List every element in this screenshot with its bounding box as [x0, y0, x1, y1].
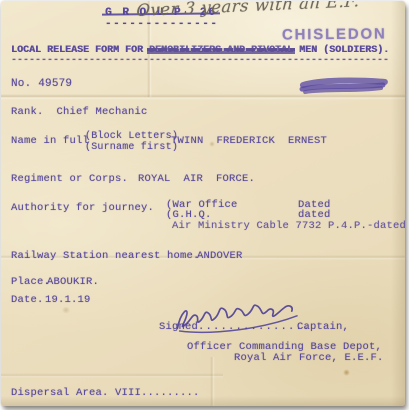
chisledon-stamp: CHISLEDON	[282, 26, 387, 44]
signer-rank: Captain,	[297, 322, 349, 333]
service-number-label: No.	[11, 78, 31, 90]
form-title-underline: ----------------------------------------…	[11, 55, 389, 66]
railway-station-label: Railway Station nearest home.	[11, 251, 200, 262]
paper-edge-shading-right	[391, 1, 405, 406]
signature-handwriting	[170, 296, 304, 339]
authority-air-ministry-cable: Air Ministry Cable 7732 P.4.P.-dated 15.…	[172, 221, 405, 232]
group-heading-underline: --------------	[105, 19, 218, 30]
place-label: Place.	[11, 277, 50, 288]
service-number-row: No. 49579	[11, 79, 72, 90]
handwritten-service-note: Over 3 years with an E.F.	[136, 1, 405, 20]
ink-scribble-redaction	[298, 75, 393, 99]
dispersal-area-value: VIII.........	[109, 387, 200, 399]
foxing-spot	[61, 307, 71, 313]
dispersal-area-label: Dispersal Area.	[11, 387, 109, 399]
authority-label: Authority for journey.	[11, 203, 154, 214]
signer-title-line2: Royal Air Force, E.E.F.	[234, 353, 384, 364]
regiment-label: Regiment or Corps.	[11, 174, 128, 185]
place-value: ABOUKIR.	[47, 277, 99, 288]
date-label: Date.	[11, 295, 44, 306]
dispersal-area-row: Dispersal Area. VIII.........	[11, 388, 200, 399]
name-value: TWINN FREDERICK ERNEST	[171, 136, 327, 147]
rank-value: Chief Mechanic	[57, 106, 148, 118]
name-instruction-block-letters: (Block Letters)	[85, 131, 178, 142]
date-value: 19.1.19	[45, 295, 91, 306]
rank-label: Rank.	[11, 106, 44, 118]
name-label: Name in full	[11, 136, 89, 147]
foxing-spot	[343, 369, 350, 376]
name-instructions: (Block Letters)(Surname first)	[85, 132, 178, 153]
rank-row: Rank. Chief Mechanic	[11, 107, 148, 118]
regiment-value: ROYAL AIR FORCE.	[138, 174, 255, 185]
service-number-value: 49579	[38, 78, 72, 90]
paper-crease-horizontal-3	[1, 373, 223, 378]
name-instruction-surname-first: (Surname first)	[85, 142, 178, 153]
document-paper: G R O U P 26 -------------- Over 3 years…	[1, 1, 405, 406]
railway-station-value: ANDOVER	[197, 251, 243, 262]
